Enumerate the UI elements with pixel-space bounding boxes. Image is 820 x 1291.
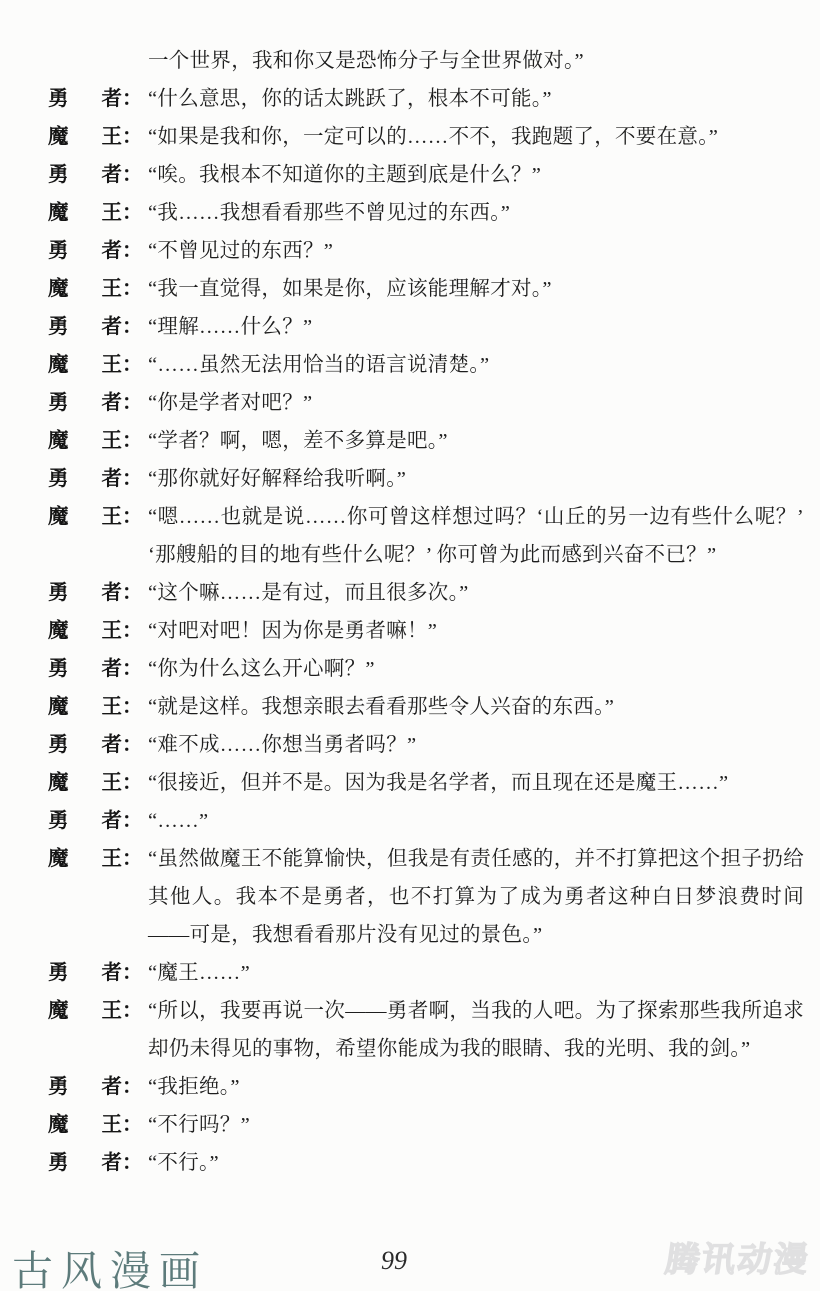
speaker-colon: ： <box>122 278 143 300</box>
speaker-label: 勇者： <box>0 156 148 194</box>
dialogue-text: “不行。” <box>148 1144 804 1182</box>
dialogue-row: 魔王： “我一直觉得，如果是你，应该能理解才对。” <box>0 270 820 308</box>
speaker-name: 魔王 <box>48 118 122 156</box>
speaker-colon: ： <box>122 582 143 604</box>
speaker-label: 勇者： <box>0 954 148 992</box>
speaker-colon: ： <box>122 848 143 870</box>
speaker-label: 魔王： <box>0 118 148 156</box>
speaker-name: 勇者 <box>48 650 122 688</box>
dialogue-text: “我……我想看看那些不曾见过的东西。” <box>148 194 804 232</box>
dialogue-text: “这个嘛……是有过，而且很多次。” <box>148 574 804 612</box>
speaker-name: 勇者 <box>48 156 122 194</box>
speaker-name: 魔王 <box>48 840 122 878</box>
speaker-colon: ： <box>122 620 143 642</box>
tencent-comic-watermark: 腾讯动漫 <box>663 1232 814 1281</box>
speaker-name: 魔王 <box>48 764 122 802</box>
dialogue-row: 勇者： “那你就好好解释给我听啊。” <box>0 460 820 498</box>
dialogue-text: “你是学者对吧？” <box>148 384 804 422</box>
speaker-label: 勇者： <box>0 460 148 498</box>
speaker-label: 勇者： <box>0 650 148 688</box>
dialogue-row: 勇者： “你为什么这么开心啊？” <box>0 650 820 688</box>
speaker-colon: ： <box>122 810 143 832</box>
dialogue-text: 一个世界，我和你又是恐怖分子与全世界做对。” <box>148 42 804 80</box>
speaker-colon: ： <box>122 772 143 794</box>
dialogue-text: “学者？啊，嗯，差不多算是吧。” <box>148 422 804 460</box>
speaker-name: 勇者 <box>48 802 122 840</box>
speaker-label: 勇者： <box>0 574 148 612</box>
dialogue-row: 一个世界，我和你又是恐怖分子与全世界做对。” <box>0 42 820 80</box>
speaker-name: 魔王 <box>48 194 122 232</box>
speaker-colon: ： <box>122 392 143 414</box>
dialogue-row: 勇者： “……” <box>0 802 820 840</box>
speaker-colon: ： <box>122 734 143 756</box>
dialogue-row: 勇者： “你是学者对吧？” <box>0 384 820 422</box>
speaker-name: 勇者 <box>48 232 122 270</box>
speaker-colon: ： <box>122 240 143 262</box>
dialogue-text: “对吧对吧！因为你是勇者嘛！” <box>148 612 804 650</box>
speaker-label: 勇者： <box>0 384 148 422</box>
dialogue-row: 魔王： “学者？啊，嗯，差不多算是吧。” <box>0 422 820 460</box>
dialogue-row: 勇者： “不曾见过的东西？” <box>0 232 820 270</box>
speaker-colon: ： <box>122 1076 143 1098</box>
dialogue-text: “就是这样。我想亲眼去看看那些令人兴奋的东西。” <box>148 688 804 726</box>
speaker-name: 勇者 <box>48 726 122 764</box>
speaker-label: 勇者： <box>0 232 148 270</box>
dialogue-text: “不行吗？” <box>148 1106 804 1144</box>
dialogue-text: “理解……什么？” <box>148 308 804 346</box>
dialogue-text: “我拒绝。” <box>148 1068 804 1106</box>
dialogue-text: “难不成……你想当勇者吗？” <box>148 726 804 764</box>
dialogue-row: 勇者： “这个嘛……是有过，而且很多次。” <box>0 574 820 612</box>
speaker-label: 勇者： <box>0 1144 148 1182</box>
dialogue-list: 一个世界，我和你又是恐怖分子与全世界做对。” 勇者： “什么意思，你的话太跳跃了… <box>0 42 820 1182</box>
dialogue-text: “那你就好好解释给我听啊。” <box>148 460 804 498</box>
dialogue-row: 魔王： “嗯……也就是说……你可曾这样想过吗？‘山丘的另一边有些什么呢？’ ‘那… <box>0 498 820 574</box>
speaker-label: 勇者： <box>0 80 148 118</box>
dialogue-row: 魔王： “虽然做魔王不能算愉快，但我是有责任感的，并不打算把这个担子扔给其他人。… <box>0 840 820 954</box>
speaker-colon: ： <box>122 430 143 452</box>
dialogue-row: 勇者： “理解……什么？” <box>0 308 820 346</box>
speaker-name: 魔王 <box>48 422 122 460</box>
dialogue-row: 勇者： “唉。我根本不知道你的主题到底是什么？” <box>0 156 820 194</box>
dialogue-text: “魔王……” <box>148 954 804 992</box>
dialogue-row: 勇者： “难不成……你想当勇者吗？” <box>0 726 820 764</box>
speaker-label: 勇者： <box>0 1068 148 1106</box>
speaker-name: 勇者 <box>48 460 122 498</box>
speaker-colon: ： <box>122 962 143 984</box>
speaker-label: 魔王： <box>0 840 148 878</box>
speaker-label: 魔王： <box>0 764 148 802</box>
speaker-name: 魔王 <box>48 270 122 308</box>
speaker-label: 魔王： <box>0 498 148 536</box>
speaker-colon: ： <box>122 126 143 148</box>
dialogue-text: “……” <box>148 802 804 840</box>
dialogue-row: 魔王： “所以，我要再说一次——勇者啊，当我的人吧。为了探索那些我所追求却仍未得… <box>0 992 820 1068</box>
speaker-colon: ： <box>122 88 143 110</box>
speaker-label <box>0 42 148 80</box>
dialogue-text: “我一直觉得，如果是你，应该能理解才对。” <box>148 270 804 308</box>
dialogue-text: “虽然做魔王不能算愉快，但我是有责任感的，并不打算把这个担子扔给其他人。我本不是… <box>148 840 804 954</box>
speaker-label: 魔王： <box>0 992 148 1030</box>
dialogue-text: “不曾见过的东西？” <box>148 232 804 270</box>
dialogue-row: 魔王： “就是这样。我想亲眼去看看那些令人兴奋的东西。” <box>0 688 820 726</box>
speaker-name: 魔王 <box>48 688 122 726</box>
dialogue-text: “所以，我要再说一次——勇者啊，当我的人吧。为了探索那些我所追求却仍未得见的事物… <box>148 992 804 1068</box>
dialogue-row: 魔王： “我……我想看看那些不曾见过的东西。” <box>0 194 820 232</box>
speaker-colon: ： <box>122 658 143 680</box>
speaker-colon: ： <box>122 1152 143 1174</box>
dialogue-text: “如果是我和你，一定可以的……不不，我跑题了，不要在意。” <box>148 118 804 156</box>
speaker-colon: ： <box>122 696 143 718</box>
speaker-name: 魔王 <box>48 992 122 1030</box>
dialogue-row: 魔王： “对吧对吧！因为你是勇者嘛！” <box>0 612 820 650</box>
speaker-label: 勇者： <box>0 802 148 840</box>
speaker-label: 魔王： <box>0 270 148 308</box>
dialogue-row: 魔王： “如果是我和你，一定可以的……不不，我跑题了，不要在意。” <box>0 118 820 156</box>
dialogue-row: 勇者： “什么意思，你的话太跳跃了，根本不可能。” <box>0 80 820 118</box>
speaker-label: 魔王： <box>0 346 148 384</box>
dialogue-row: 魔王： “不行吗？” <box>0 1106 820 1144</box>
dialogue-text: “很接近，但并不是。因为我是名学者，而且现在还是魔王……” <box>148 764 804 802</box>
speaker-name: 勇者 <box>48 1068 122 1106</box>
speaker-colon: ： <box>122 468 143 490</box>
speaker-label: 魔王： <box>0 422 148 460</box>
dialogue-row: 勇者： “魔王……” <box>0 954 820 992</box>
speaker-label: 勇者： <box>0 308 148 346</box>
dialogue-row: 魔王： “……虽然无法用恰当的语言说清楚。” <box>0 346 820 384</box>
speaker-label: 魔王： <box>0 194 148 232</box>
speaker-name: 魔王 <box>48 498 122 536</box>
speaker-colon: ： <box>122 316 143 338</box>
speaker-name: 勇者 <box>48 80 122 118</box>
speaker-name: 魔王 <box>48 612 122 650</box>
speaker-name: 魔王 <box>48 346 122 384</box>
speaker-name: 勇者 <box>48 574 122 612</box>
dialogue-text: “唉。我根本不知道你的主题到底是什么？” <box>148 156 804 194</box>
speaker-colon: ： <box>122 354 143 376</box>
dialogue-text: “嗯……也就是说……你可曾这样想过吗？‘山丘的另一边有些什么呢？’ ‘那艘船的目… <box>148 498 804 574</box>
speaker-label: 魔王： <box>0 1106 148 1144</box>
speaker-label: 勇者： <box>0 726 148 764</box>
speaker-colon: ： <box>122 202 143 224</box>
speaker-colon: ： <box>122 506 143 528</box>
book-page: 一个世界，我和你又是恐怖分子与全世界做对。” 勇者： “什么意思，你的话太跳跃了… <box>0 0 820 1291</box>
speaker-name: 勇者 <box>48 954 122 992</box>
dialogue-text: “你为什么这么开心啊？” <box>148 650 804 688</box>
dialogue-text: “什么意思，你的话太跳跃了，根本不可能。” <box>148 80 804 118</box>
speaker-label: 魔王： <box>0 612 148 650</box>
speaker-name: 魔王 <box>48 1106 122 1144</box>
speaker-name: 勇者 <box>48 308 122 346</box>
dialogue-row: 勇者： “不行。” <box>0 1144 820 1182</box>
dialogue-row: 魔王： “很接近，但并不是。因为我是名学者，而且现在还是魔王……” <box>0 764 820 802</box>
speaker-name: 勇者 <box>48 1144 122 1182</box>
speaker-name: 勇者 <box>48 384 122 422</box>
dialogue-text: “……虽然无法用恰当的语言说清楚。” <box>148 346 804 384</box>
speaker-colon: ： <box>122 1000 143 1022</box>
speaker-label: 魔王： <box>0 688 148 726</box>
speaker-colon: ： <box>122 1114 143 1136</box>
speaker-colon: ： <box>122 164 143 186</box>
dialogue-row: 勇者： “我拒绝。” <box>0 1068 820 1106</box>
